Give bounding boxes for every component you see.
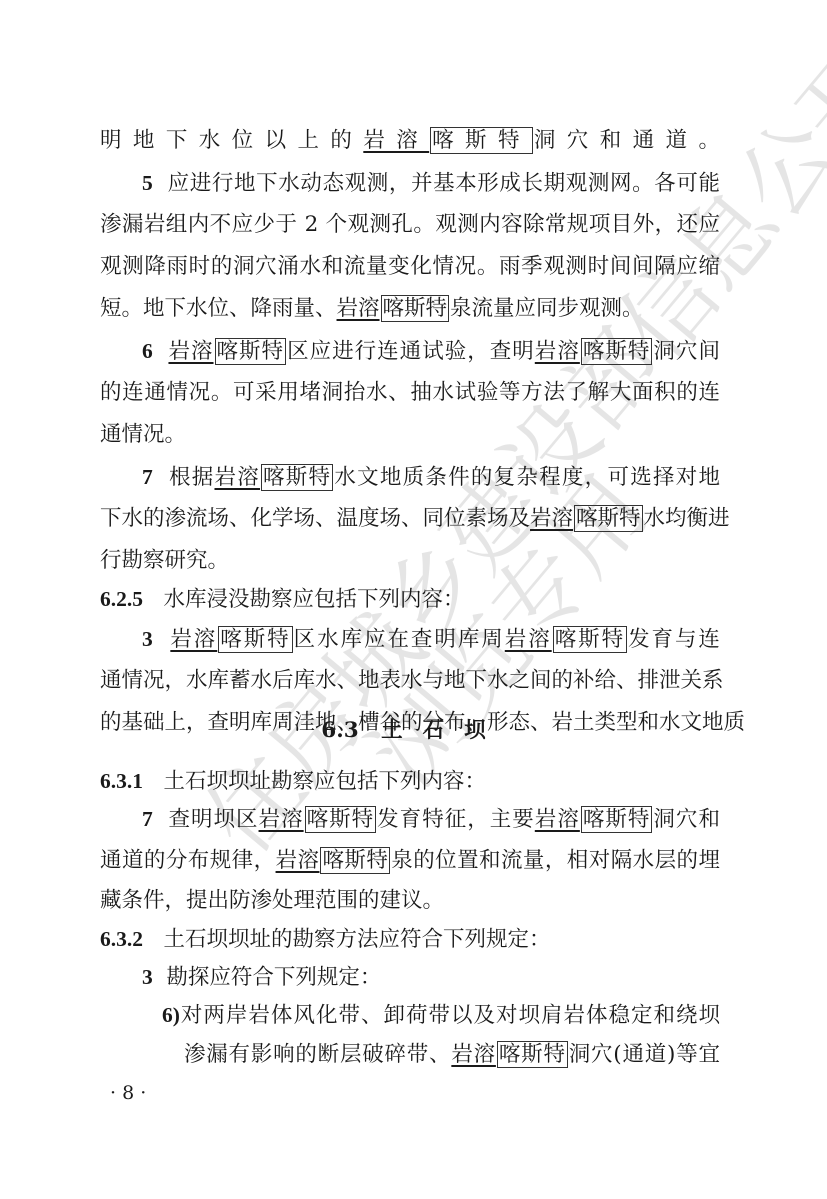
para-line: 观测降雨时的洞穴涌水和流量变化情况。雨季观测时间间隔应缩 (100, 252, 720, 282)
para-line: 通情况。 (100, 420, 720, 450)
para-line: 的连通情况。可采用堵洞抬水、抽水试验等方法了解大面积的连 (100, 378, 720, 408)
para-line: 渗漏岩组内不应少于 2 个观测孔。观测内容除常规项目外，还应 (100, 210, 720, 240)
para-line: 6 岩溶喀斯特区应进行连通试验，查明岩溶喀斯特洞穴间 (142, 336, 720, 367)
para-line: 渗漏有影响的断层破碎带、岩溶喀斯特洞穴(通道)等宜 (184, 1040, 720, 1070)
para-line: 明地下水位以上的岩溶喀斯特洞穴和通道。 (100, 126, 720, 156)
para-line: 5 应进行地下水动态观测，并基本形成长期观测网。各可能 (142, 168, 720, 199)
clause-6-2-5: 6.2.5 水库浸没勘察应包括下列内容： (100, 584, 720, 615)
clause-6-3-1: 6.3.1 土石坝坝址勘察应包括下列内容： (100, 766, 720, 797)
clause-6-3-2: 6.3.2 土石坝坝址的勘察方法应符合下列规定： (100, 924, 720, 955)
para-line: 6)对两岸岩体风化带、卸荷带以及对坝肩岩体稳定和绕坝 (162, 1000, 720, 1031)
section-heading: 6.3 土石坝 (0, 716, 827, 746)
para-line: 通情况，水库蓄水后库水、地表水与地下水之间的补给、排泄关系 (100, 666, 720, 696)
para-line: 通道的分布规律，岩溶喀斯特泉的位置和流量，相对隔水层的埋 (100, 846, 720, 876)
para-line: 7 查明坝区岩溶喀斯特发育特征，主要岩溶喀斯特洞穴和 (142, 804, 720, 835)
para-line: 行勘察研究。 (100, 546, 720, 576)
page-number: · 8 · (110, 1082, 146, 1104)
para-line: 藏条件，提出防渗处理范围的建议。 (100, 886, 720, 916)
para-line: 下水的渗流场、化学场、温度场、同位素场及岩溶喀斯特水均衡进 (100, 504, 720, 534)
para-line: 短。地下水位、降雨量、岩溶喀斯特泉流量应同步观测。 (100, 294, 720, 324)
para-line: 3 岩溶喀斯特区水库应在查明库周岩溶喀斯特发育与连 (142, 624, 720, 655)
para-line: 3 勘探应符合下列规定： (142, 962, 720, 993)
para-line: 7 根据岩溶喀斯特水文地质条件的复杂程度，可选择对地 (142, 462, 720, 493)
